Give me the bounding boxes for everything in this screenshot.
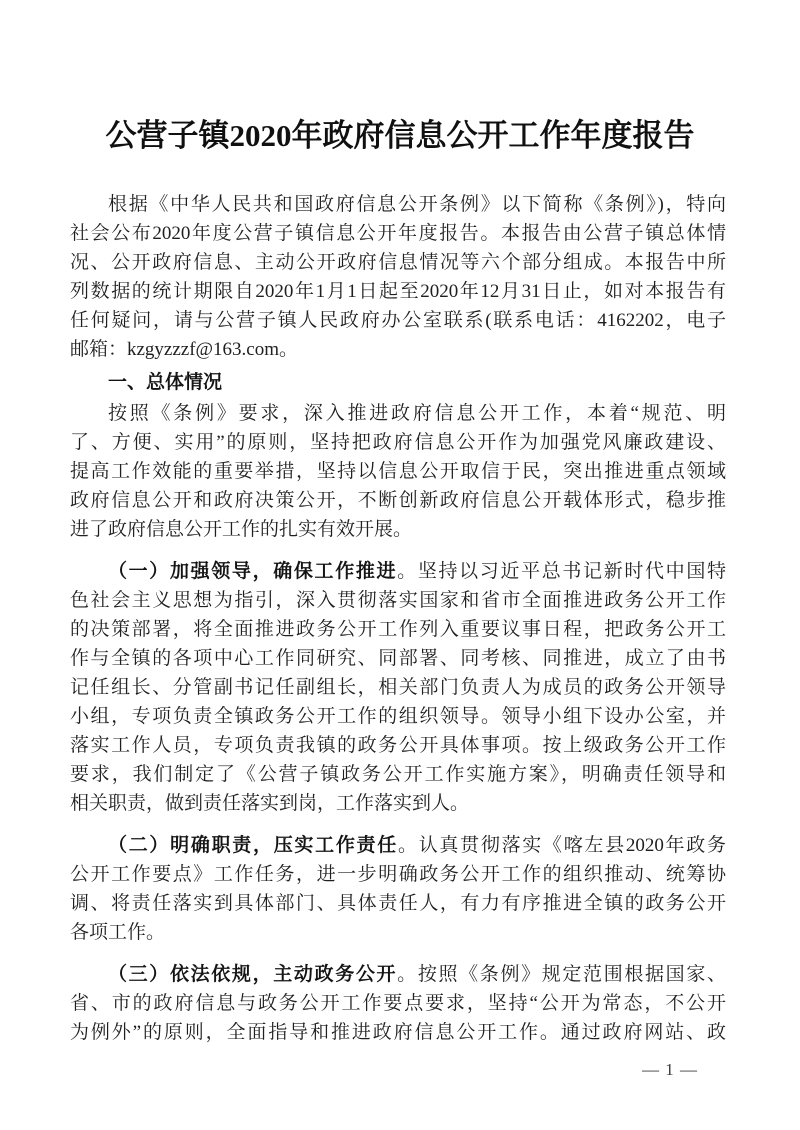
paragraph-section-2-responsibility: （二）明确职责，压实工作责任。认真贯彻落实《喀左县2020年政务公开工作要点》工… [70, 831, 726, 947]
text-line: 的决策部署，将全面推进政务公开工作列入重要议事日程，把政务公开工 [70, 615, 726, 644]
text-line: 社会公布2020年度公营子镇信息公开年度报告。本报告由公营子镇总体情 [70, 219, 726, 248]
text-line: 落实工作人员，专项负责我镇的政务公开具体事项。按上级政务公开工作 [70, 731, 726, 760]
text-line: 各项工作。 [70, 918, 726, 947]
text-line: 根据《中华人民共和国政府信息公开条例》以下简称《条例》)，特向 [70, 190, 726, 219]
paragraph-overall-situation: 按照《条例》要求，深入推进政府信息公开工作，本着“规范、明了、方便、实用”的原则… [70, 399, 726, 544]
text-line: 政府信息公开和政府决策公开，不断创新政府信息公开载体形式，稳步推 [70, 486, 726, 515]
text-line: 省、市的政府信息与政务公开工作要点要求，坚持“公开为常态，不公开 [70, 989, 726, 1018]
text-line: 况、公开政府信息、主动公开政府信息情况等六个部分组成。本报告中所 [70, 248, 726, 277]
text-line: 小组，专项负责全镇政务公开工作的组织领导。领导小组下设办公室，并 [70, 702, 726, 731]
text-line: 相关职责，做到责任落实到岗，工作落实到人。 [70, 789, 726, 818]
text-line: （二）明确职责，压实工作责任。认真贯彻落实《喀左县2020年政务 [70, 831, 726, 860]
page-number: — 1 — [642, 1060, 698, 1080]
text-line: （三）依法依规，主动政务公开。按照《条例》规定范围根据国家、 [70, 960, 726, 989]
text-line: 按照《条例》要求，深入推进政府信息公开工作，本着“规范、明 [70, 399, 726, 428]
document-body: 根据《中华人民共和国政府信息公开条例》以下简称《条例》)，特向社会公布2020年… [70, 190, 726, 1047]
document-title: 公营子镇2020年政府信息公开工作年度报告 [0, 110, 800, 155]
text-line: 作与全镇的各项中心工作同研究、同部署、同考核、同推进，成立了由书 [70, 644, 726, 673]
text-line: 列数据的统计期限自2020年1月1日起至2020年12月31日止，如对本报告有 [70, 277, 726, 306]
text-line: 调、将责任落实到具体部门、具体责任人，有力有序推进全镇的政务公开 [70, 889, 726, 918]
document-page: 公营子镇2020年政府信息公开工作年度报告 根据《中华人民共和国政府信息公开条例… [0, 0, 800, 1130]
text-line: 记任组长、分管副书记任副组长，相关部门负责人为成员的政务公开领导 [70, 673, 726, 702]
heading-line: 一、总体情况 [70, 368, 726, 397]
text-line: 进了政府信息公开工作的扎实有效开展。 [70, 515, 726, 544]
section-lead: （二）明确职责，压实工作责任 [108, 835, 398, 856]
text-line: 任何疑问，请与公营子镇人民政府办公室联系(联系电话：4162202，电子 [70, 306, 726, 335]
text-line: 邮箱：kzgyzzzf@163.com。 [70, 335, 726, 364]
paragraph-intro: 根据《中华人民共和国政府信息公开条例》以下简称《条例》)，特向社会公布2020年… [70, 190, 726, 364]
paragraph-section-1-leadership: （一）加强领导，确保工作推进。坚持以习近平总书记新时代中国特色社会主义思想为指引… [70, 557, 726, 818]
text-line: 为例外”的原则，全面指导和推进政府信息公开工作。通过政府网站、政 [70, 1018, 726, 1047]
text-line: 要求，我们制定了《公营子镇政务公开工作实施方案》，明确责任领导和 [70, 760, 726, 789]
heading-heading-overall: 一、总体情况 [70, 368, 726, 397]
section-lead: （一）加强领导，确保工作推进 [108, 561, 397, 582]
text-line: 了、方便、实用”的原则，坚持把政府信息公开作为加强党风廉政建设、 [70, 428, 726, 457]
section-lead: （三）依法依规，主动政务公开 [108, 964, 397, 985]
text-line: 提高工作效能的重要举措，坚持以信息公开取信于民，突出推进重点领域 [70, 457, 726, 486]
text-line: 色社会主义思想为指引，深入贯彻落实国家和省市全面推进政务公开工作 [70, 586, 726, 615]
text-line: （一）加强领导，确保工作推进。坚持以习近平总书记新时代中国特 [70, 557, 726, 586]
text-line: 公开工作要点》工作任务，进一步明确政务公开工作的组织推动、统筹协 [70, 860, 726, 889]
paragraph-section-3-proactive-disclosure: （三）依法依规，主动政务公开。按照《条例》规定范围根据国家、省、市的政府信息与政… [70, 960, 726, 1047]
